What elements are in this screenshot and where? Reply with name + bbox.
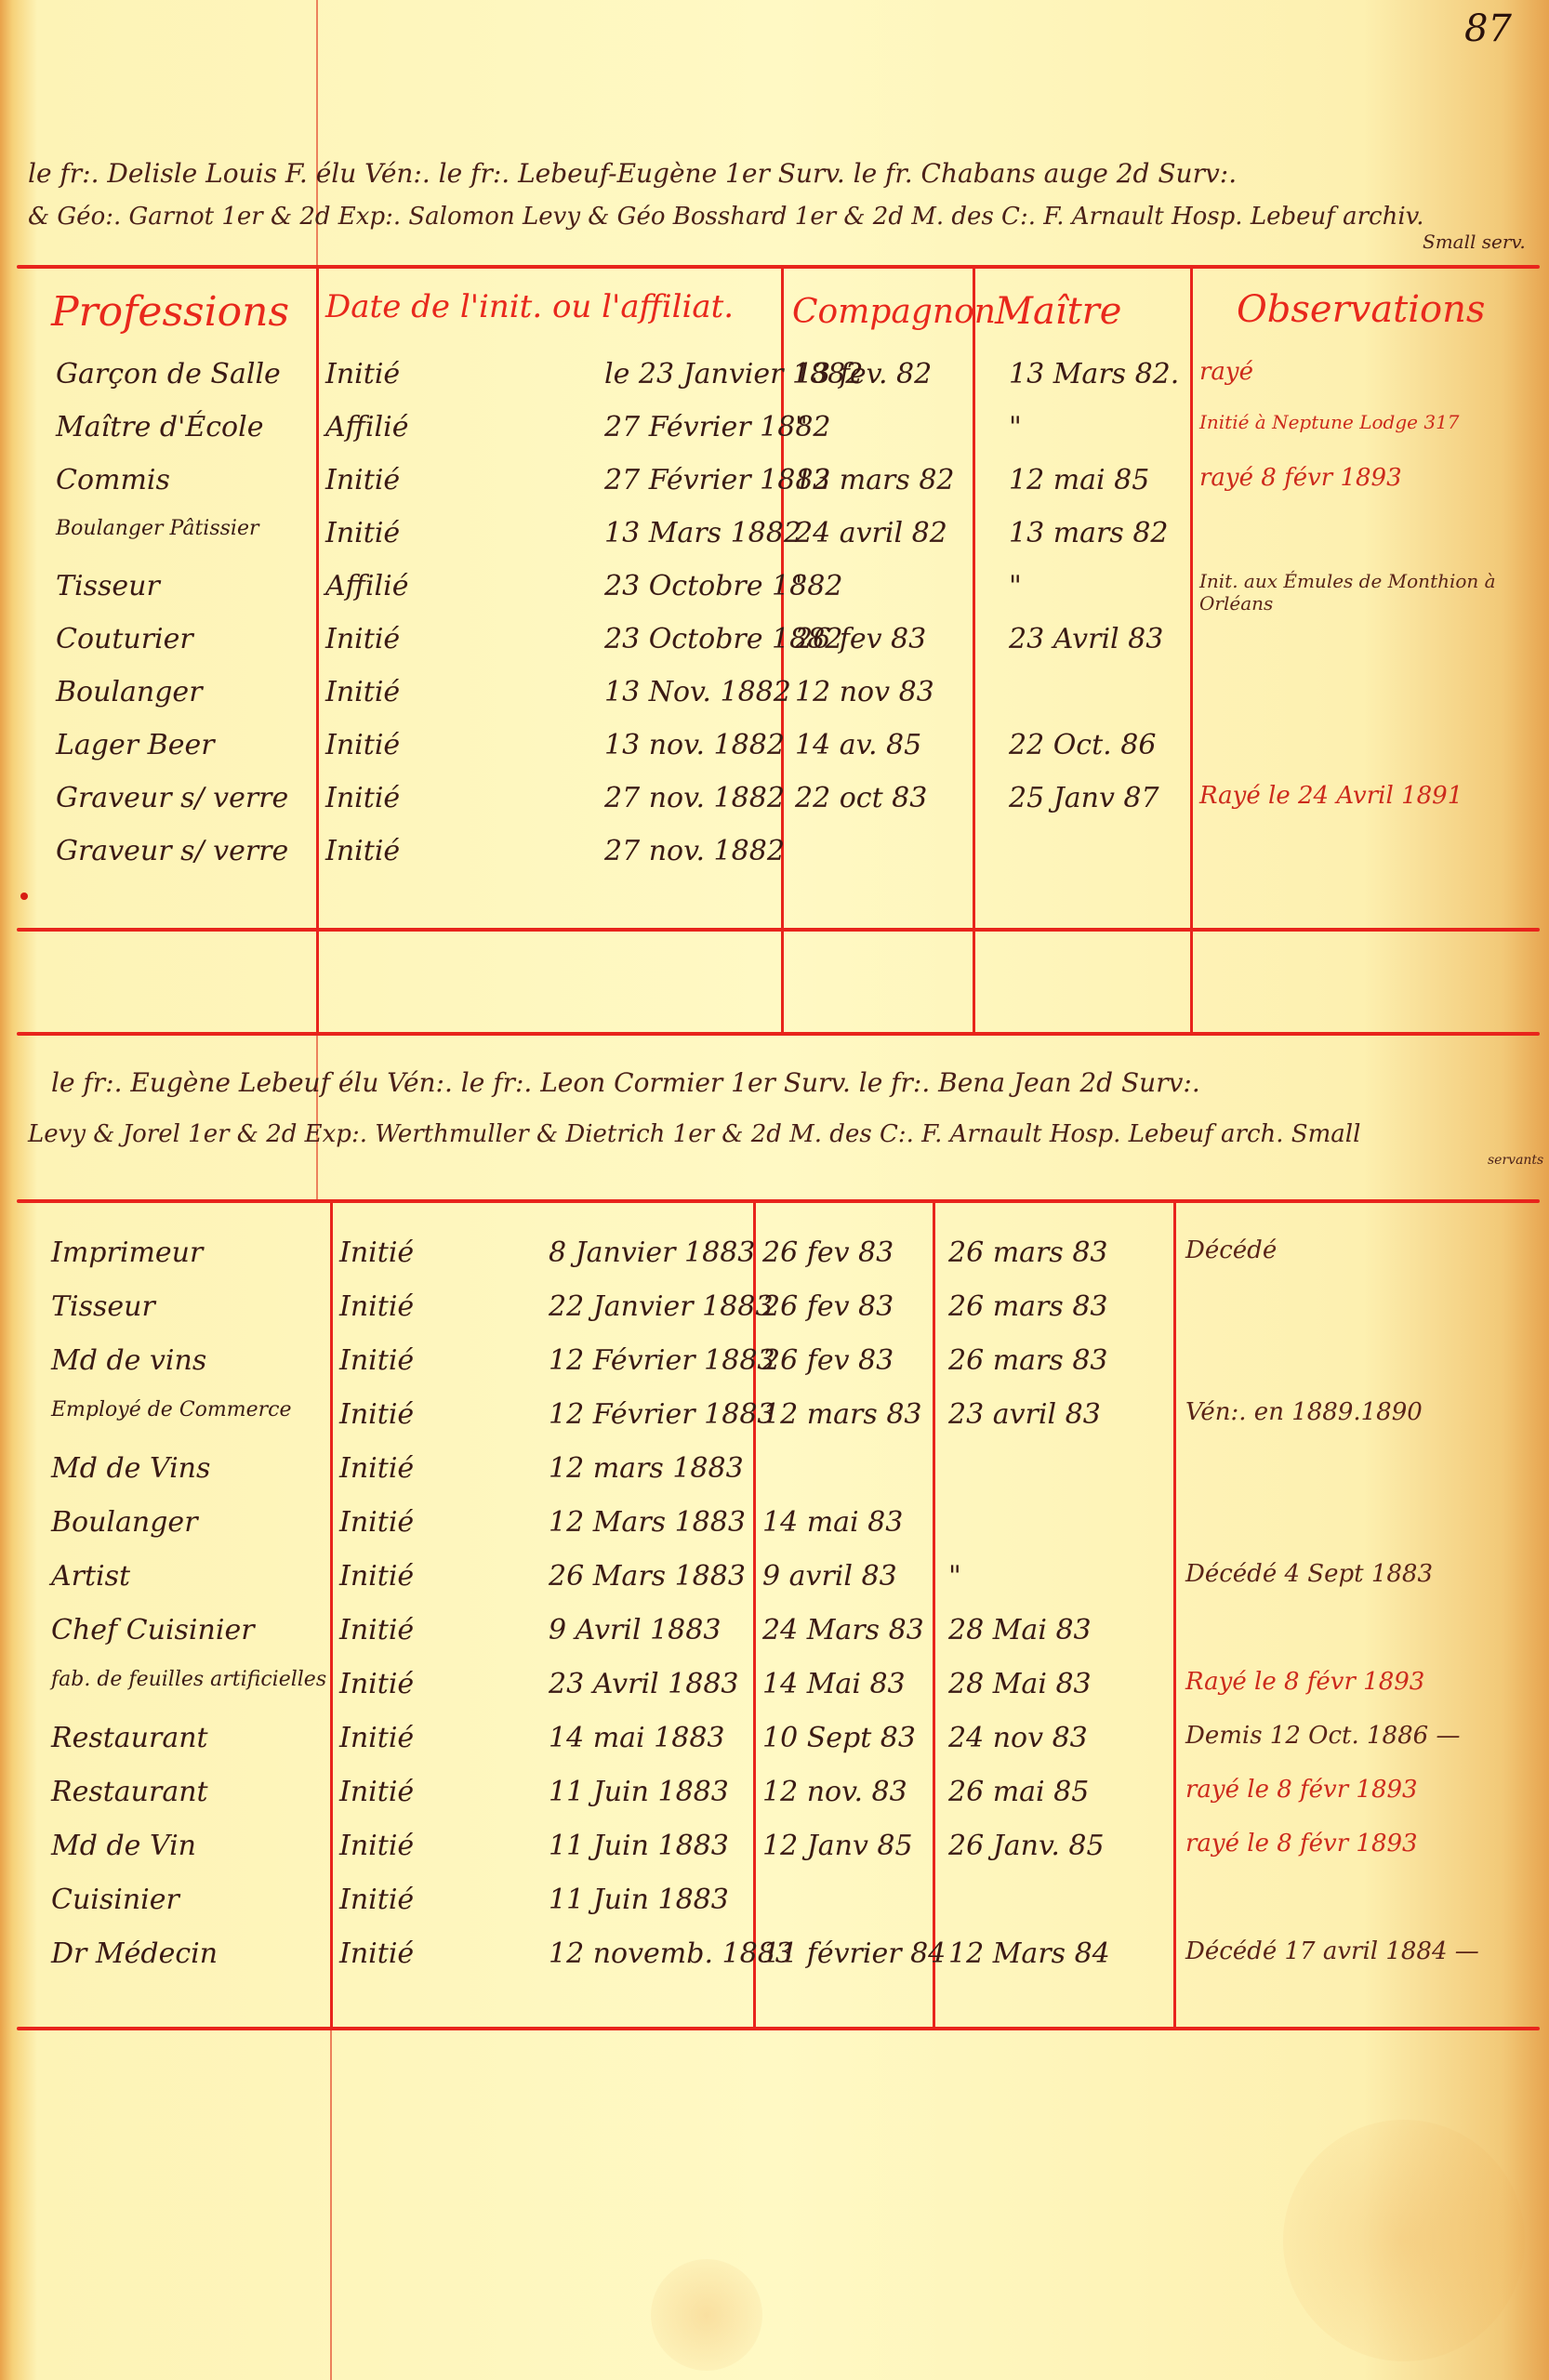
column-rule [1190, 265, 1193, 1034]
table-cell-status: Initié [339, 1560, 414, 1593]
table-cell-maitre: 28 Mai 83 [948, 1614, 1092, 1646]
table-cell-compagnon: 13 mars 82 [795, 464, 955, 496]
table-cell-profession: Tisseur [51, 1290, 155, 1323]
table-cell-status: Initié [339, 1884, 414, 1916]
table-cell-observations: rayé le 8 févr 1893 [1185, 1830, 1418, 1858]
table-cell-compagnon: 11 février 84 [762, 1937, 946, 1970]
table-cell-compagnon: " [795, 570, 808, 602]
table-cell-status: Initié [325, 623, 400, 655]
column-rule [330, 1199, 333, 2029]
table-cell-status: Initié [339, 1722, 414, 1754]
margin-rule [330, 2027, 332, 2380]
table-cell-date: 13 Nov. 1882 [604, 676, 791, 708]
table-cell-date: 13 Mars 1882 [604, 517, 801, 549]
table-cell-profession: Dr Médecin [51, 1937, 218, 1970]
minutes-2-line-3: servants [1488, 1153, 1543, 1168]
table-cell-maitre: 12 Mars 84 [948, 1937, 1110, 1970]
table-cell-date: 12 Mars 1883 [549, 1506, 746, 1539]
table-cell-profession: Graveur s/ verre [56, 835, 288, 867]
table-cell-status: Initié [339, 1668, 414, 1700]
table-cell-compagnon: 12 nov 83 [795, 676, 934, 708]
table-cell-status: Initié [325, 358, 400, 390]
table-cell-compagnon: 26 fev 83 [762, 1236, 894, 1269]
table-cell-maitre: 26 mars 83 [948, 1344, 1108, 1377]
section-2-bottom-rule [17, 2027, 1540, 2030]
page-number: 87 [1464, 7, 1512, 50]
table-cell-profession: Maître d'École [56, 411, 263, 443]
table-cell-compagnon: 13 fev. 82 [795, 358, 932, 390]
table-cell-observations: Rayé le 8 févr 1893 [1185, 1668, 1424, 1696]
table-cell-compagnon: 14 av. 85 [795, 729, 921, 761]
table-cell-profession: Artist [51, 1560, 130, 1593]
table-cell-date: 12 mars 1883 [549, 1452, 744, 1485]
table-cell-date: 27 nov. 1882 [604, 782, 785, 814]
table-cell-status: Initié [339, 1344, 414, 1377]
table-cell-profession: Boulanger Pâtissier [56, 517, 258, 540]
table-cell-maitre: 26 mars 83 [948, 1236, 1108, 1269]
table-cell-maitre: 13 mars 82 [1009, 517, 1169, 549]
ink-mark [20, 892, 28, 900]
table-cell-date: 27 nov. 1882 [604, 835, 785, 867]
table-cell-compagnon: 9 avril 83 [762, 1560, 897, 1593]
table-cell-maitre: 23 avril 83 [948, 1398, 1101, 1431]
table-cell-status: Initié [339, 1452, 414, 1485]
table-cell-compagnon: 10 Sept 83 [762, 1722, 916, 1754]
table-cell-compagnon: 26 fev 83 [795, 623, 926, 655]
table-cell-date: 12 novemb. 1883 [549, 1937, 793, 1970]
table-cell-date: 9 Avril 1883 [549, 1614, 721, 1646]
header-date: Date de l'init. ou l'affiliat. [325, 288, 734, 325]
section-2-top-rule [17, 1199, 1540, 1203]
table-cell-compagnon: 14 Mai 83 [762, 1668, 906, 1700]
table-cell-status: Affilié [325, 570, 408, 602]
table-cell-profession: fab. de feuilles artificielles [51, 1668, 326, 1691]
table-cell-maitre: 26 Janv. 85 [948, 1830, 1105, 1862]
table-cell-profession: Employé de Commerce [51, 1398, 292, 1421]
table-cell-observations: Initié à Neptune Lodge 317 [1199, 411, 1460, 433]
table-cell-date: 23 Avril 1883 [549, 1668, 739, 1700]
table-cell-profession: Boulanger [56, 676, 203, 708]
table-cell-date: 14 mai 1883 [549, 1722, 725, 1754]
table-cell-observations: Init. aux Émules de Monthion à Orléans [1199, 570, 1534, 615]
table-cell-profession: Md de Vins [51, 1452, 210, 1485]
table-cell-maitre: " [1009, 570, 1022, 602]
table-cell-profession: Graveur s/ verre [56, 782, 288, 814]
minutes-1-line-2: & Géo:. Garnot 1er & 2d Exp:. Salomon Le… [28, 203, 1424, 231]
table-cell-status: Initié [325, 729, 400, 761]
table-cell-observations: rayé 8 févr 1893 [1199, 464, 1402, 492]
table-cell-date: 13 nov. 1882 [604, 729, 785, 761]
table-cell-date: 11 Juin 1883 [549, 1884, 729, 1916]
table-cell-maitre: 24 nov 83 [948, 1722, 1088, 1754]
table-cell-observations: rayé [1199, 358, 1253, 386]
column-rule [316, 265, 319, 1034]
column-rule [753, 1199, 756, 2029]
table-cell-status: Initié [325, 782, 400, 814]
table-cell-maitre: 23 Avril 83 [1009, 623, 1163, 655]
table-cell-compagnon: 24 Mars 83 [762, 1614, 924, 1646]
table-cell-profession: Boulanger [51, 1506, 198, 1539]
column-rule [933, 1199, 935, 2029]
column-rule [1173, 1199, 1176, 2029]
table-cell-date: 26 Mars 1883 [549, 1560, 746, 1593]
table-cell-maitre: 22 Oct. 86 [1009, 729, 1156, 761]
minutes-2-line-1: le fr:. Eugène Lebeuf élu Vén:. le fr:. … [51, 1067, 1200, 1098]
table-cell-observations: Rayé le 24 Avril 1891 [1199, 782, 1463, 810]
table-cell-profession: Imprimeur [51, 1236, 203, 1269]
section-1-bottom-rule [17, 928, 1540, 932]
table-cell-profession: Couturier [56, 623, 193, 655]
header-professions: Professions [51, 288, 289, 336]
table-cell-date: 11 Juin 1883 [549, 1830, 729, 1862]
table-cell-observations: rayé le 8 févr 1893 [1185, 1776, 1418, 1804]
table-cell-status: Affilié [325, 411, 408, 443]
table-cell-status: Initié [339, 1506, 414, 1539]
table-cell-compagnon: 12 nov. 83 [762, 1776, 907, 1808]
table-cell-profession: Tisseur [56, 570, 160, 602]
margin-rule [316, 1034, 318, 1201]
table-cell-status: Initié [339, 1236, 414, 1269]
paper-stain [651, 2259, 762, 2371]
paper-stain [1283, 2120, 1525, 2361]
table-cell-compagnon: 12 mars 83 [762, 1398, 922, 1431]
table-cell-profession: Cuisinier [51, 1884, 179, 1916]
table-cell-maitre: " [1009, 411, 1022, 443]
table-cell-compagnon: 26 fev 83 [762, 1290, 894, 1323]
table-cell-profession: Garçon de Salle [56, 358, 281, 390]
table-cell-compagnon: 12 Janv 85 [762, 1830, 913, 1862]
table-cell-observations: Vén:. en 1889.1890 [1185, 1398, 1423, 1426]
table-cell-maitre: 25 Janv 87 [1009, 782, 1159, 814]
header-maitre: Maître [995, 290, 1121, 333]
table-cell-maitre: 26 mars 83 [948, 1290, 1108, 1323]
table-cell-profession: Chef Cuisinier [51, 1614, 255, 1646]
table-cell-status: Initié [339, 1614, 414, 1646]
table-cell-observations: Décédé 4 Sept 1883 [1185, 1560, 1433, 1588]
section-1-extra-rule [17, 1032, 1540, 1036]
table-cell-compagnon: 24 avril 82 [795, 517, 947, 549]
table-cell-status: Initié [325, 464, 400, 496]
table-cell-maitre: 28 Mai 83 [948, 1668, 1092, 1700]
table-cell-observations: Décédé 17 avril 1884 — [1185, 1937, 1479, 1965]
table-cell-status: Initié [325, 676, 400, 708]
table-cell-profession: Md de vins [51, 1344, 206, 1377]
table-cell-maitre: " [948, 1560, 961, 1593]
table-cell-maitre: 12 mai 85 [1009, 464, 1149, 496]
table-cell-date: 8 Janvier 1883 [549, 1236, 755, 1269]
table-cell-compagnon: 22 oct 83 [795, 782, 927, 814]
table-cell-date: 11 Juin 1883 [549, 1776, 729, 1808]
table-cell-status: Initié [325, 517, 400, 549]
table-cell-date: 12 Février 1883 [549, 1344, 775, 1377]
table-cell-maitre: 13 Mars 82. [1009, 358, 1179, 390]
table-cell-compagnon: 26 fev 83 [762, 1344, 894, 1377]
table-cell-status: Initié [339, 1937, 414, 1970]
table-top-rule [17, 265, 1540, 269]
table-cell-status: Initié [339, 1398, 414, 1431]
table-cell-status: Initié [339, 1290, 414, 1323]
table-cell-compagnon: " [795, 411, 808, 443]
table-cell-profession: Restaurant [51, 1776, 208, 1808]
table-cell-status: Initié [339, 1830, 414, 1862]
table-cell-maitre: 26 mai 85 [948, 1776, 1089, 1808]
table-cell-profession: Md de Vin [51, 1830, 196, 1862]
minutes-1-line-1: le fr:. Delisle Louis F. élu Vén:. le fr… [28, 158, 1237, 189]
header-observations: Observations [1237, 288, 1485, 331]
minutes-1-line-3: Small serv. [1423, 231, 1526, 253]
table-cell-date: 22 Janvier 1883 [549, 1290, 773, 1323]
table-cell-profession: Commis [56, 464, 170, 496]
column-rule [973, 265, 975, 1034]
minutes-2-line-2: Levy & Jorel 1er & 2d Exp:. Werthmuller … [28, 1120, 1360, 1148]
table-cell-profession: Restaurant [51, 1722, 208, 1754]
table-cell-observations: Demis 12 Oct. 1886 — [1185, 1722, 1460, 1750]
table-cell-observations: Décédé [1185, 1236, 1277, 1264]
table-cell-profession: Lager Beer [56, 729, 215, 761]
table-cell-status: Initié [339, 1776, 414, 1808]
table-cell-date: 12 Février 1883 [549, 1398, 775, 1431]
table-cell-compagnon: 14 mai 83 [762, 1506, 903, 1539]
table-cell-status: Initié [325, 835, 400, 867]
header-compagnon: Compagnon [792, 293, 996, 331]
